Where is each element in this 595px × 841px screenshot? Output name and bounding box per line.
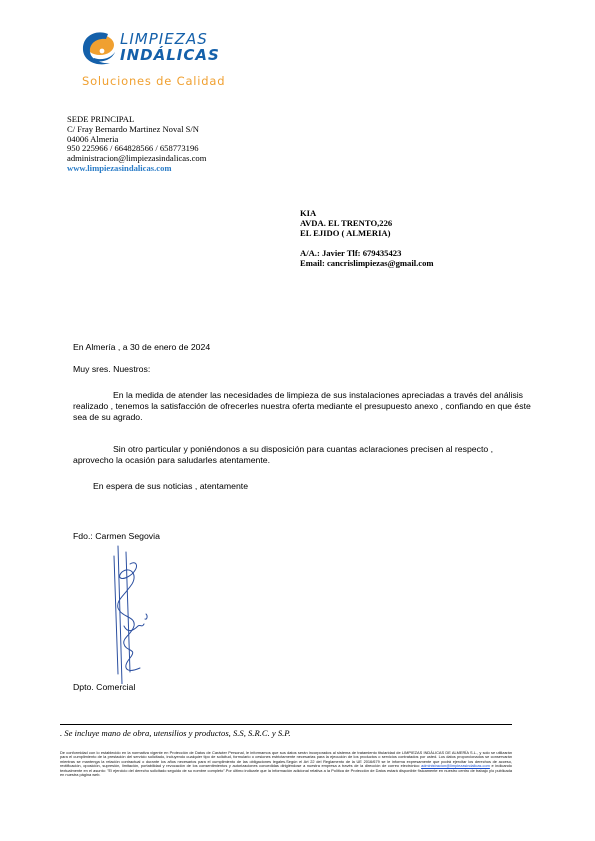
limpiezas-indalicas-logo-icon <box>78 30 118 68</box>
recipient-city: EL EJIDO ( ALMERIA) <box>300 229 434 239</box>
sender-website-link[interactable]: www.limpiezasindalicas.com <box>67 164 206 174</box>
letter-paragraph-2: Sin otro particular y poniéndonos a su d… <box>73 444 533 466</box>
footer-divider <box>60 724 512 725</box>
handwritten-signature-image <box>100 544 160 684</box>
letter-department: Dpto. Comercial <box>73 682 135 693</box>
logo-tagline: Soluciones de Calidad <box>82 74 225 88</box>
letter-date: En Almería , a 30 de enero de 2024 <box>73 342 210 353</box>
logo-text-line2: INDÁLICAS <box>120 48 220 63</box>
sender-block: SEDE PRINCIPAL C/ Fray Bernardo Martinez… <box>67 115 206 174</box>
letter-signer: Fdo.: Carmen Segovia <box>73 531 160 542</box>
recipient-block: KIA AVDA. EL TRENTO,226 EL EJIDO ( ALMER… <box>300 209 434 268</box>
recipient-email: Email: cancrislimpiezas@gmail.com <box>300 259 434 269</box>
company-logo: LIMPIEZAS INDÁLICAS Soluciones de Calida… <box>70 24 240 92</box>
letter-closing: En espera de sus noticias , atentamente <box>93 481 248 492</box>
footer-includes-note: . Se incluye mano de obra, utensilios y … <box>60 728 291 738</box>
letter-paragraph-1: En la medida de atender las necesidades … <box>73 390 533 423</box>
data-protection-notice: De conformidad con lo establecido en la … <box>60 751 512 777</box>
paragraph-2-text: Sin otro particular y poniéndonos a su d… <box>73 444 493 465</box>
letter-greeting: Muy sres. Nuestros: <box>73 364 150 375</box>
paragraph-1-text: En la medida de atender las necesidades … <box>73 390 531 422</box>
logo-text-line1: LIMPIEZAS <box>120 32 208 47</box>
